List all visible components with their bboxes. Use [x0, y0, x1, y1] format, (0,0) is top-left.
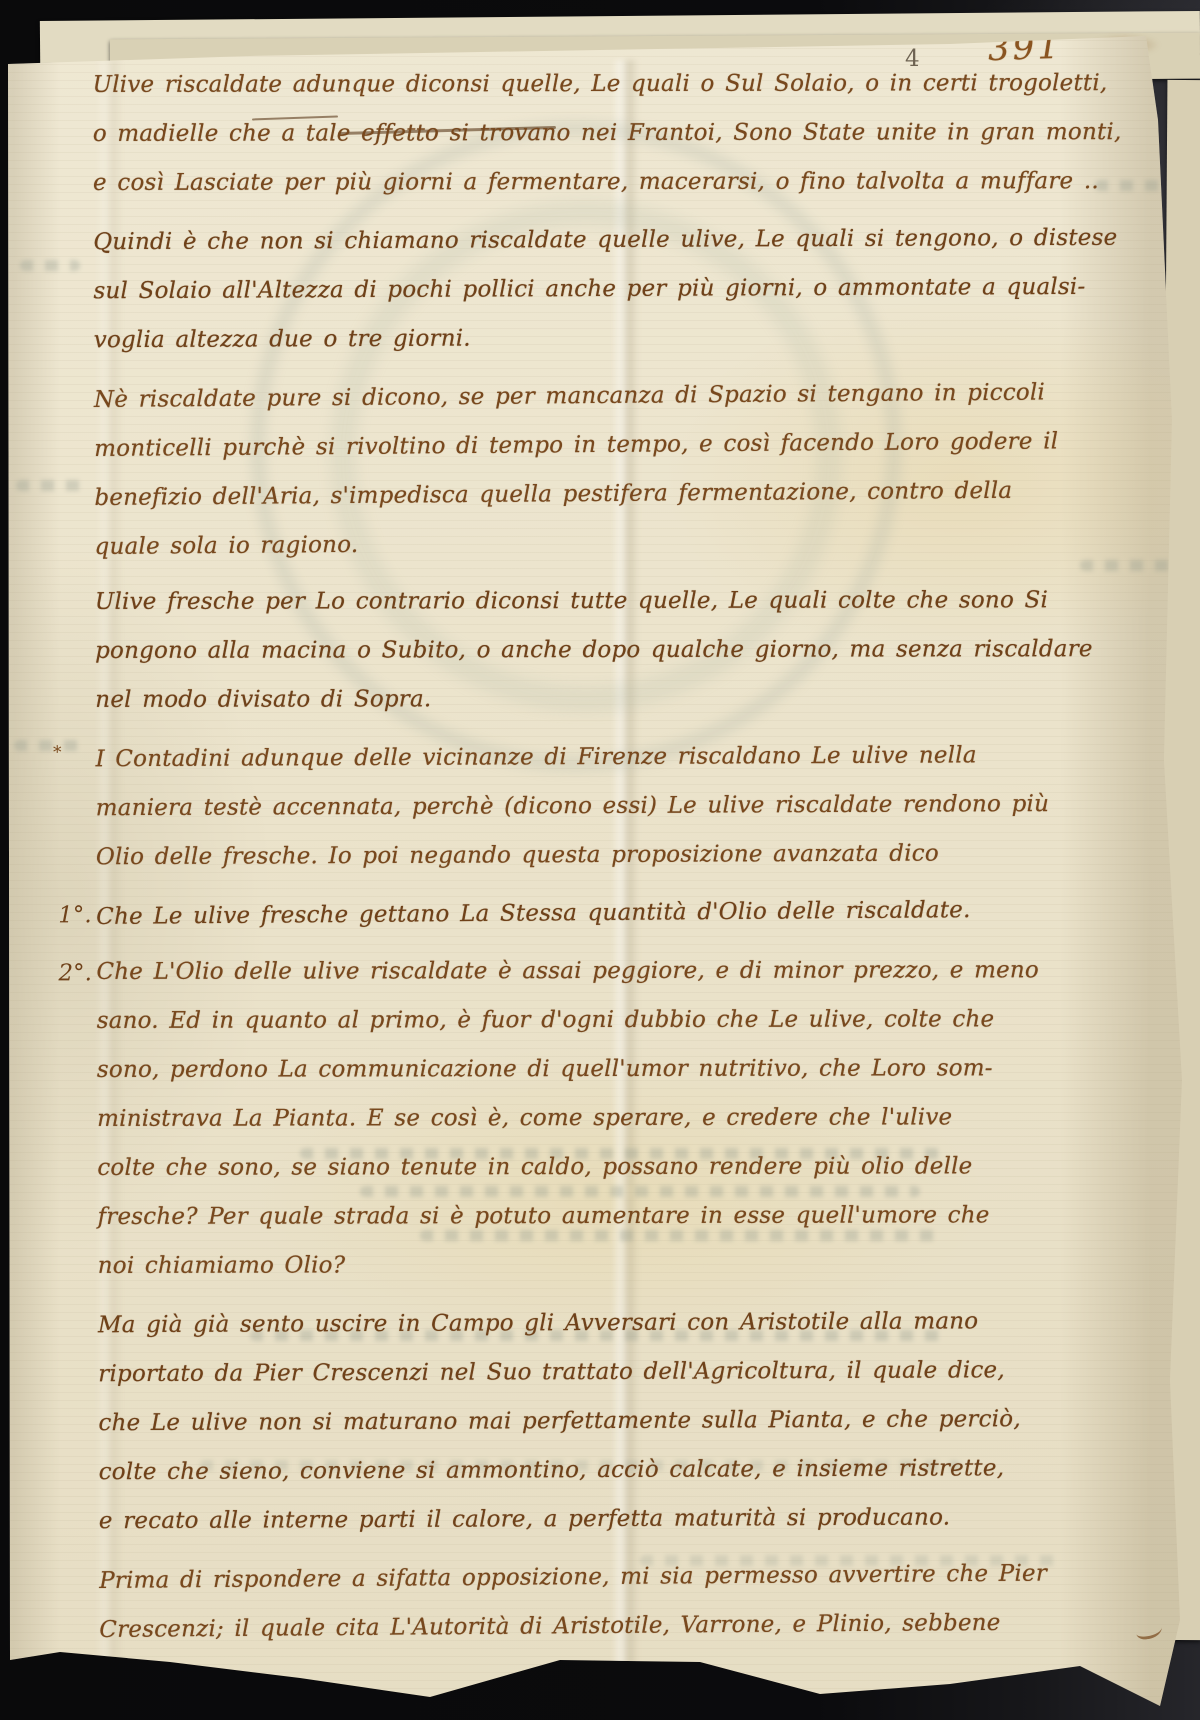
- paragraph: Ulive riscaldate adunque diconsi quelle,…: [93, 58, 1099, 209]
- manuscript-line: e recato alle interne parti il calore, a…: [99, 1493, 1104, 1546]
- manuscript-line: sono, perdono La communicazione di quell…: [97, 1044, 1102, 1095]
- manuscript-line: Olio delle fresche. Io poi negando quest…: [96, 829, 1101, 882]
- manuscript-line: colte che sono, se siano tenute in caldo…: [97, 1142, 1102, 1193]
- bleed-through-text: [20, 260, 80, 271]
- bleed-through-text: [1095, 180, 1175, 191]
- manuscript-line: Ma già già sento uscire in Campo gli Avv…: [98, 1297, 1103, 1350]
- manuscript-line: maniera testè accennata, perchè (dicono …: [96, 780, 1101, 833]
- manuscript-line: Prima di rispondere a sifatta opposizion…: [99, 1549, 1104, 1606]
- manuscript-line: quale sola io ragiono.: [94, 515, 1099, 572]
- manuscript-line: sano. Ed in quanto al primo, è fuor d'og…: [97, 995, 1102, 1046]
- paragraph: Prima di rispondere a sifatta opposizion…: [99, 1551, 1104, 1653]
- manuscript-line: sul Solaio all'Altezza di pochi pollici …: [93, 263, 1098, 316]
- manuscript-line: riportato da Pier Crescenzi nel Suo trat…: [98, 1346, 1103, 1399]
- manuscript-line: e così Lasciate per più giorni a ferment…: [93, 157, 1098, 208]
- manuscript-line: benefizio dell'Aria, s'impedisca quella …: [94, 466, 1099, 523]
- manuscript-line: Ulive riscaldate adunque diconsi quelle,…: [93, 59, 1098, 110]
- paragraph: Ma già già sento uscire in Campo gli Avv…: [98, 1297, 1104, 1546]
- numbered-item: 2°.Che L'Olio delle ulive riscaldate è a…: [96, 945, 1102, 1292]
- manuscript-line: nel modo divisato di Sopra.: [95, 674, 1100, 725]
- margin-mark: ∗: [51, 739, 63, 759]
- item-marker: 2°.: [58, 949, 92, 998]
- manuscript-text: Ulive riscaldate adunque diconsi quelle,…: [93, 58, 1105, 1662]
- manuscript-page: 4 391 Ulive riscaldate adunque diconsi q…: [0, 0, 1200, 1720]
- manuscript-line: che Le ulive non si maturano mai perfett…: [98, 1395, 1103, 1448]
- paragraph: ∗I Contadini adunque delle vicinanze di …: [95, 731, 1101, 882]
- numbered-item: 1°.Che Le ulive fresche gettano La Stess…: [96, 887, 1101, 940]
- manuscript-line: Ulive fresche per Lo contrario diconsi t…: [95, 576, 1100, 627]
- bleed-through-text: [14, 740, 80, 751]
- manuscript-line: noi chiamiamo Olio?: [98, 1240, 1103, 1291]
- manuscript-line: Che L'Olio delle ulive riscaldate è assa…: [96, 946, 1101, 997]
- manuscript-line: Nè riscaldate pure si dicono, se per man…: [94, 368, 1099, 425]
- manuscript-line: ministrava La Pianta. E se così è, come …: [97, 1093, 1102, 1144]
- manuscript-line: monticelli purchè si rivoltino di tempo …: [94, 417, 1099, 474]
- manuscript-line: colte che sieno, conviene si ammontino, …: [99, 1444, 1104, 1497]
- manuscript-line: pongono alla macina o Subito, o anche do…: [95, 625, 1100, 676]
- manuscript-line: o madielle che a tale effetto si trovano…: [93, 108, 1098, 159]
- manuscript-line: I Contadini adunque delle vicinanze di F…: [95, 731, 1100, 784]
- manuscript-line: voglia altezza due o tre giorni.: [94, 312, 1099, 365]
- paragraph: Nè riscaldate pure si dicono, se per man…: [94, 370, 1100, 570]
- manuscript-line: fresche? Per quale strada si è potuto au…: [98, 1191, 1103, 1242]
- manuscript-line: Crescenzi; il quale cita L'Autorità di A…: [99, 1598, 1104, 1655]
- paragraph: Ulive fresche per Lo contrario diconsi t…: [95, 575, 1101, 726]
- paragraph: Quindi è che non si chiamano riscaldate …: [93, 214, 1099, 365]
- manuscript-line: Che Le ulive fresche gettano La Stessa q…: [96, 885, 1101, 942]
- bleed-through-text: [16, 480, 86, 491]
- manuscript-line: Quindi è che non si chiamano riscaldate …: [93, 214, 1098, 267]
- photographed-manuscript-scene: 4 391 Ulive riscaldate adunque diconsi q…: [0, 0, 1200, 1720]
- item-marker: 1°.: [58, 891, 92, 940]
